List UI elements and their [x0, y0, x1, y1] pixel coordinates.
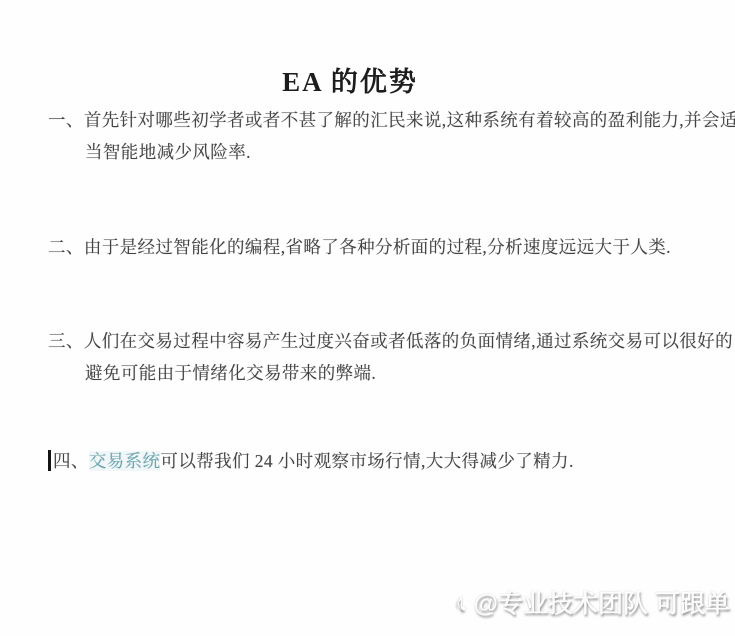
point-3: 三、人们在交易过程中容易产生过度兴奋或者低落的负面情绪,通过系统交易可以很好的避…: [48, 325, 735, 389]
document-page: EA 的优势 一、首先针对哪些初学者或者不甚了解的汇民来说,这种系统有着较高的盈…: [0, 0, 735, 636]
page-title: EA 的优势: [0, 60, 700, 99]
point-1: 一、首先针对哪些初学者或者不甚了解的汇民来说,这种系统有着较高的盈利能力,并会适…: [48, 104, 735, 168]
point-4-text: 可以帮我们 24 小时观察市场行情,大大得减少了精力.: [160, 451, 573, 471]
point-4-marker: 四、: [53, 451, 89, 471]
music-note-icon: ♪: [455, 589, 469, 616]
point-2-text: 由于是经过智能化的编程,省略了各种分析面的过程,分析速度远远大于人类.: [84, 237, 671, 257]
trading-system-link[interactable]: 交易系统: [89, 451, 161, 471]
point-2-marker: 二、: [48, 237, 84, 257]
point-2: 二、由于是经过智能化的编程,省略了各种分析面的过程,分析速度远远大于人类.: [48, 231, 735, 263]
watermark-text: @专业技术团队 可跟单: [474, 584, 730, 620]
point-1-marker: 一、: [48, 110, 84, 130]
point-3-marker: 三、: [48, 331, 84, 351]
point-3-text: 人们在交易过程中容易产生过度兴奋或者低落的负面情绪,通过系统交易可以很好的避免可…: [84, 331, 733, 383]
text-cursor: [48, 450, 51, 471]
point-4: 四、交易系统可以帮我们 24 小时观察市场行情,大大得减少了精力.: [48, 445, 735, 477]
point-1-text: 首先针对哪些初学者或者不甚了解的汇民来说,这种系统有着较高的盈利能力,并会适当智…: [84, 110, 735, 162]
watermark: ♪ @专业技术团队 可跟单: [455, 584, 730, 620]
